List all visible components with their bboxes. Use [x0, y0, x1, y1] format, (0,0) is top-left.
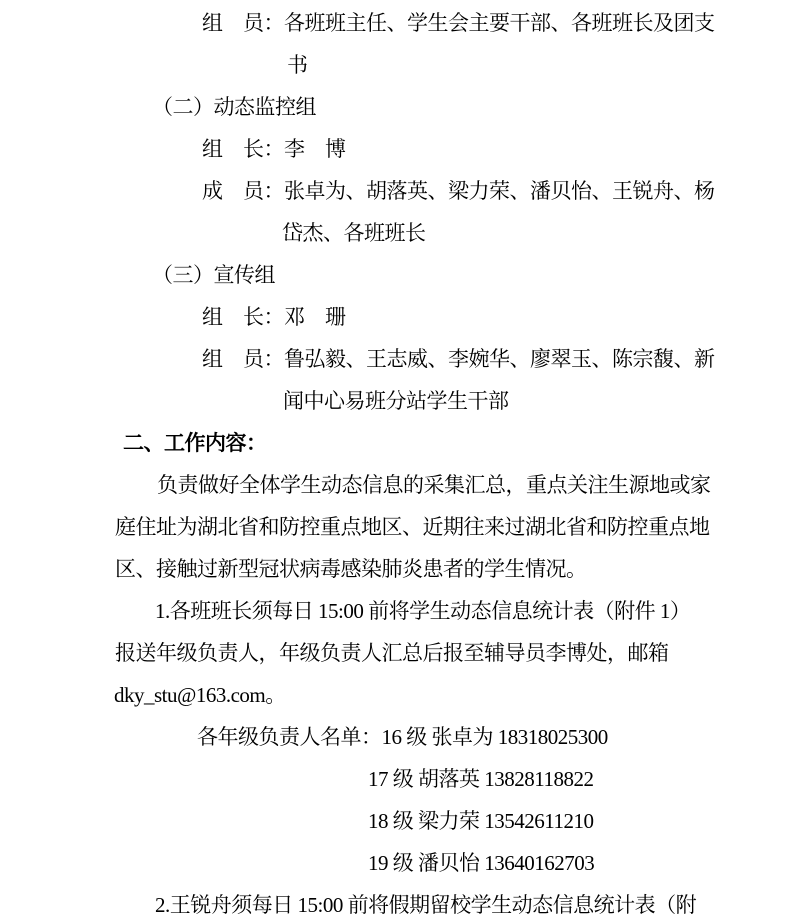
line-monitor-group-members: 成 员：张卓为、胡落英、梁力荣、潘贝怡、王锐舟、杨	[202, 170, 715, 212]
heading-work-content: 二、工作内容：	[123, 422, 267, 464]
line-publicity-group-title: （三）宣传组	[152, 254, 275, 296]
line-publicity-group-members: 组 员：鲁弘毅、王志威、李婉华、廖翠玉、陈宗馥、新	[202, 338, 715, 380]
line-publicity-group-members-cont: 闻中心易班分站学生干部	[283, 380, 509, 422]
line-monitor-group-title: （二）动态监控组	[152, 86, 316, 128]
line-task-1-part-1: 1.各班班长须每日 15:00 前将学生动态信息统计表（附件 1）	[155, 590, 690, 632]
line-task-1-email: dky_stu@163.com。	[114, 674, 286, 716]
line-grade-leader-16: 各年级负责人名单：16 级 张卓为 18318025300	[197, 716, 608, 758]
line-work-desc-1: 负责做好全体学生动态信息的采集汇总，重点关注生源地或家	[157, 464, 711, 506]
line-grade-leader-19: 19 级 潘贝怡 13640162703	[368, 842, 594, 884]
line-monitor-group-members-cont: 岱杰、各班班长	[282, 212, 426, 254]
line-grade-leader-18: 18 级 梁力荣 13542611210	[368, 800, 593, 842]
line-monitor-group-leader: 组 长：李 博	[202, 128, 346, 170]
line-admin-group-members: 组 员：各班班主任、学生会主要干部、各班班长及团支	[202, 2, 715, 44]
line-work-desc-2: 庭住址为湖北省和防控重点地区、近期往来过湖北省和防控重点地	[115, 506, 710, 548]
line-admin-group-members-cont: 书	[287, 44, 308, 86]
line-work-desc-3: 区、接触过新型冠状病毒感染肺炎患者的学生情况。	[115, 548, 587, 590]
line-task-1-part-2: 报送年级负责人，年级负责人汇总后报至辅导员李博处，邮箱	[115, 632, 669, 674]
line-task-2-part-1: 2.王锐舟须每日 15:00 前将假期留校学生动态信息统计表（附	[155, 884, 696, 919]
line-grade-leader-17: 17 级 胡落英 13828118822	[368, 758, 593, 800]
line-publicity-group-leader: 组 长：邓 珊	[202, 296, 346, 338]
document-page: 组 员：各班班主任、学生会主要干部、各班班长及团支 书 （二）动态监控组 组 长…	[0, 0, 805, 919]
